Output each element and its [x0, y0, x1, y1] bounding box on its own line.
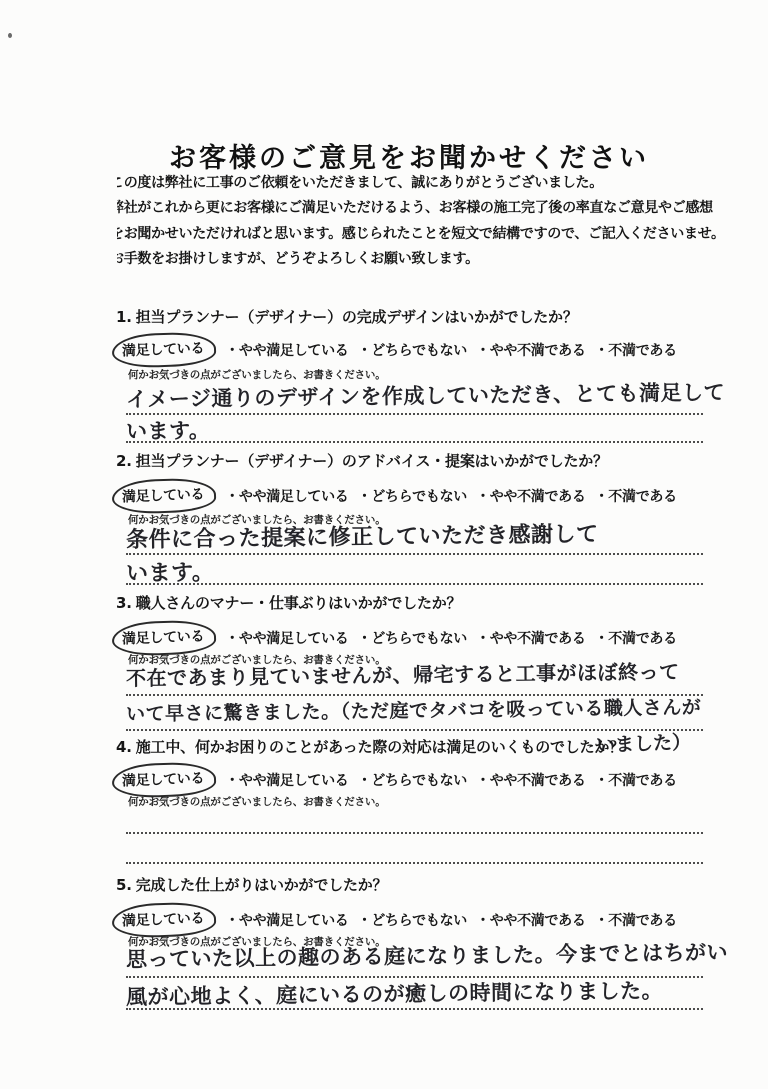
option-separator-dot: ・	[358, 913, 372, 929]
answer-line: いて早さに驚きました。（ただ庭でタバコを吸っている職人さんが	[126, 696, 703, 731]
question-3: 3.職人さんのマナー・仕事ぶりはいかがでしたか？ 満足している ・やや満足してい…	[0, 592, 768, 752]
question-heading: 2.担当プランナー（デザイナー）のアドバイス・提案はいかがでしたか？	[116, 450, 608, 471]
rating-options-row: 満足している ・やや満足している ・どちらでもない ・やや不満である ・不満であ…	[112, 903, 677, 937]
option-separator-dot: ・	[595, 631, 609, 647]
rating-options-row: 満足している ・やや満足している ・どちらでもない ・やや不満である ・不満であ…	[112, 621, 677, 655]
rating-option: ・やや不満である	[476, 628, 586, 648]
intro-line: 弊社がこれから更にお客様にご満足いただけるよう、お客様の施工完了後の率直なご意見…	[117, 196, 718, 221]
rating-option: ・どちらでもない	[358, 910, 467, 930]
question-number: 3.	[116, 594, 132, 612]
answer-line: います。	[126, 556, 703, 585]
question-1: 1.担当プランナー（デザイナー）の完成デザインはいかがでしたか？ 満足している …	[0, 306, 768, 450]
option-separator-dot: ・	[595, 913, 609, 929]
answer-line-empty	[126, 838, 703, 864]
question-heading: 1.担当プランナー（デザイナー）の完成デザインはいかがでしたか？	[116, 306, 578, 327]
question-number: 4.	[116, 738, 132, 756]
handwritten-answer: います。	[126, 414, 211, 445]
rating-option: ・不満である	[595, 910, 677, 930]
rating-option: ・不満である	[595, 340, 677, 360]
question-number: 5.	[116, 876, 132, 894]
rating-option: ・やや不満である	[476, 770, 586, 790]
option-separator-dot: ・	[225, 489, 239, 505]
option-separator-dot: ・	[225, 631, 239, 647]
option-separator-dot: ・	[595, 773, 609, 789]
rating-option: ・不満である	[595, 628, 677, 648]
rating-option: ・やや満足している	[225, 340, 348, 360]
rating-options-row: 満足している ・やや満足している ・どちらでもない ・やや不満である ・不満であ…	[112, 763, 677, 797]
answer-line: 風が心地よく、庭にいるのが癒しの時間になりました。	[126, 978, 703, 1010]
question-number: 2.	[116, 452, 132, 470]
rating-option: ・どちらでもない	[358, 628, 467, 648]
answer-line: イメージ通りのデザインを作成していただき、とても満足して	[126, 380, 703, 415]
question-text: 施工中、何かお困りのことがあった際の対応は満足のいくものでしたか？	[136, 738, 624, 756]
rating-option: ・やや不満である	[476, 486, 586, 506]
option-separator-dot: ・	[476, 343, 490, 359]
option-separator-dot: ・	[225, 343, 239, 359]
question-text: 職人さんのマナー・仕事ぶりはいかがでしたか？	[136, 594, 462, 612]
handwritten-answer: 条件に合った提案に修正していただき感謝して	[126, 517, 599, 554]
option-separator-dot: ・	[476, 913, 490, 929]
intro-line: この度は弊社に工事のご依頼をいただきまして、誠にありがとうございました。	[117, 171, 718, 196]
rating-option: ・やや満足している	[225, 770, 348, 790]
option-separator-dot: ・	[358, 773, 372, 789]
question-4: 4.施工中、何かお困りのことがあった際の対応は満足のいくものでしたか？ 満足して…	[0, 736, 768, 868]
intro-paragraph: この度は弊社に工事のご依頼をいただきまして、誠にありがとうございました。 弊社が…	[117, 171, 718, 273]
selected-rating-circled: 満足している	[111, 331, 216, 369]
option-separator-dot: ・	[358, 631, 372, 647]
handwritten-answer: います。	[126, 555, 215, 587]
answer-line-empty	[126, 808, 703, 834]
rating-option: ・不満である	[595, 486, 677, 506]
handwritten-answer: 風が心地よく、庭にいるのが癒しの時間になりました。	[126, 975, 663, 1012]
question-number: 1.	[116, 308, 132, 326]
question-text: 担当プランナー（デザイナー）の完成デザインはいかがでしたか？	[136, 308, 578, 326]
question-heading: 4.施工中、何かお困りのことがあった際の対応は満足のいくものでしたか？	[116, 736, 624, 757]
option-separator-dot: ・	[358, 343, 372, 359]
answer-line: 条件に合った提案に修正していただき感謝して	[126, 520, 703, 555]
option-separator-dot: ・	[476, 489, 490, 505]
option-separator-dot: ・	[476, 773, 490, 789]
option-separator-dot: ・	[595, 489, 609, 505]
rating-options-row: 満足している ・やや満足している ・どちらでもない ・やや不満である ・不満であ…	[112, 333, 677, 367]
answer-line: います。	[126, 415, 703, 443]
answer-line: 思っていた以上の趣のある庭になりました。今までとはちがい	[126, 940, 703, 978]
handwritten-answer: 不在であまり見ていませんが、帰宅すると工事がほぼ終って	[126, 656, 680, 692]
intro-line: をお聞かせいただければと思います。感じられたことを短文で結構ですので、ご記入くだ…	[117, 222, 718, 247]
question-text: 完成した仕上がりはいかがでしたか？	[136, 876, 388, 894]
intro-line: お手数をお掛けしますが、どうぞよろしくお願い致します。	[117, 247, 718, 272]
question-2: 2.担当プランナー（デザイナー）のアドバイス・提案はいかがでしたか？ 満足してい…	[0, 450, 768, 592]
question-5: 5.完成した仕上がりはいかがでしたか？ 満足している ・やや満足している ・どち…	[0, 874, 768, 1014]
question-heading: 3.職人さんのマナー・仕事ぶりはいかがでしたか？	[116, 592, 461, 613]
rating-option: ・どちらでもない	[358, 770, 467, 790]
option-separator-dot: ・	[358, 489, 372, 505]
rating-option: ・どちらでもない	[358, 486, 467, 506]
question-text: 担当プランナー（デザイナー）のアドバイス・提案はいかがでしたか？	[136, 452, 608, 470]
option-separator-dot: ・	[595, 343, 609, 359]
handwritten-answer: イメージ通りのデザインを作成していただき、とても満足して	[126, 376, 725, 413]
rating-option: ・やや満足している	[225, 910, 348, 930]
rating-option: ・やや満足している	[225, 486, 348, 506]
option-separator-dot: ・	[225, 913, 239, 929]
rating-options-row: 満足している ・やや満足している ・どちらでもない ・やや不満である ・不満であ…	[112, 479, 677, 513]
handwritten-answer: 思っていた以上の趣のある庭になりました。今までとはちがい	[126, 936, 728, 973]
rating-option: ・やや不満である	[476, 340, 586, 360]
rating-option: ・やや不満である	[476, 910, 586, 930]
option-separator-dot: ・	[476, 631, 490, 647]
option-separator-dot: ・	[225, 773, 239, 789]
form-title: お客様のご意見をお聞かせください	[50, 136, 768, 175]
rating-option: ・どちらでもない	[358, 340, 467, 360]
handwritten-answer: いて早さに驚きました。（ただ庭でタバコを吸っている職人さんが	[126, 692, 702, 726]
scanned-survey-form: お客様のご意見をお聞かせください この度は弊社に工事のご依頼をいただきまして、誠…	[0, 0, 768, 1089]
scan-artifact	[8, 33, 12, 38]
rating-option: ・不満である	[595, 770, 677, 790]
rating-option: ・やや満足している	[225, 628, 348, 648]
selected-rating-circled: 満足している	[111, 477, 216, 515]
comment-prompt: 何かお気づきの点がございましたら、お書きください。	[128, 794, 386, 809]
question-heading: 5.完成した仕上がりはいかがでしたか？	[116, 874, 387, 895]
answer-line: 不在であまり見ていませんが、帰宅すると工事がほぼ終って	[126, 659, 703, 696]
